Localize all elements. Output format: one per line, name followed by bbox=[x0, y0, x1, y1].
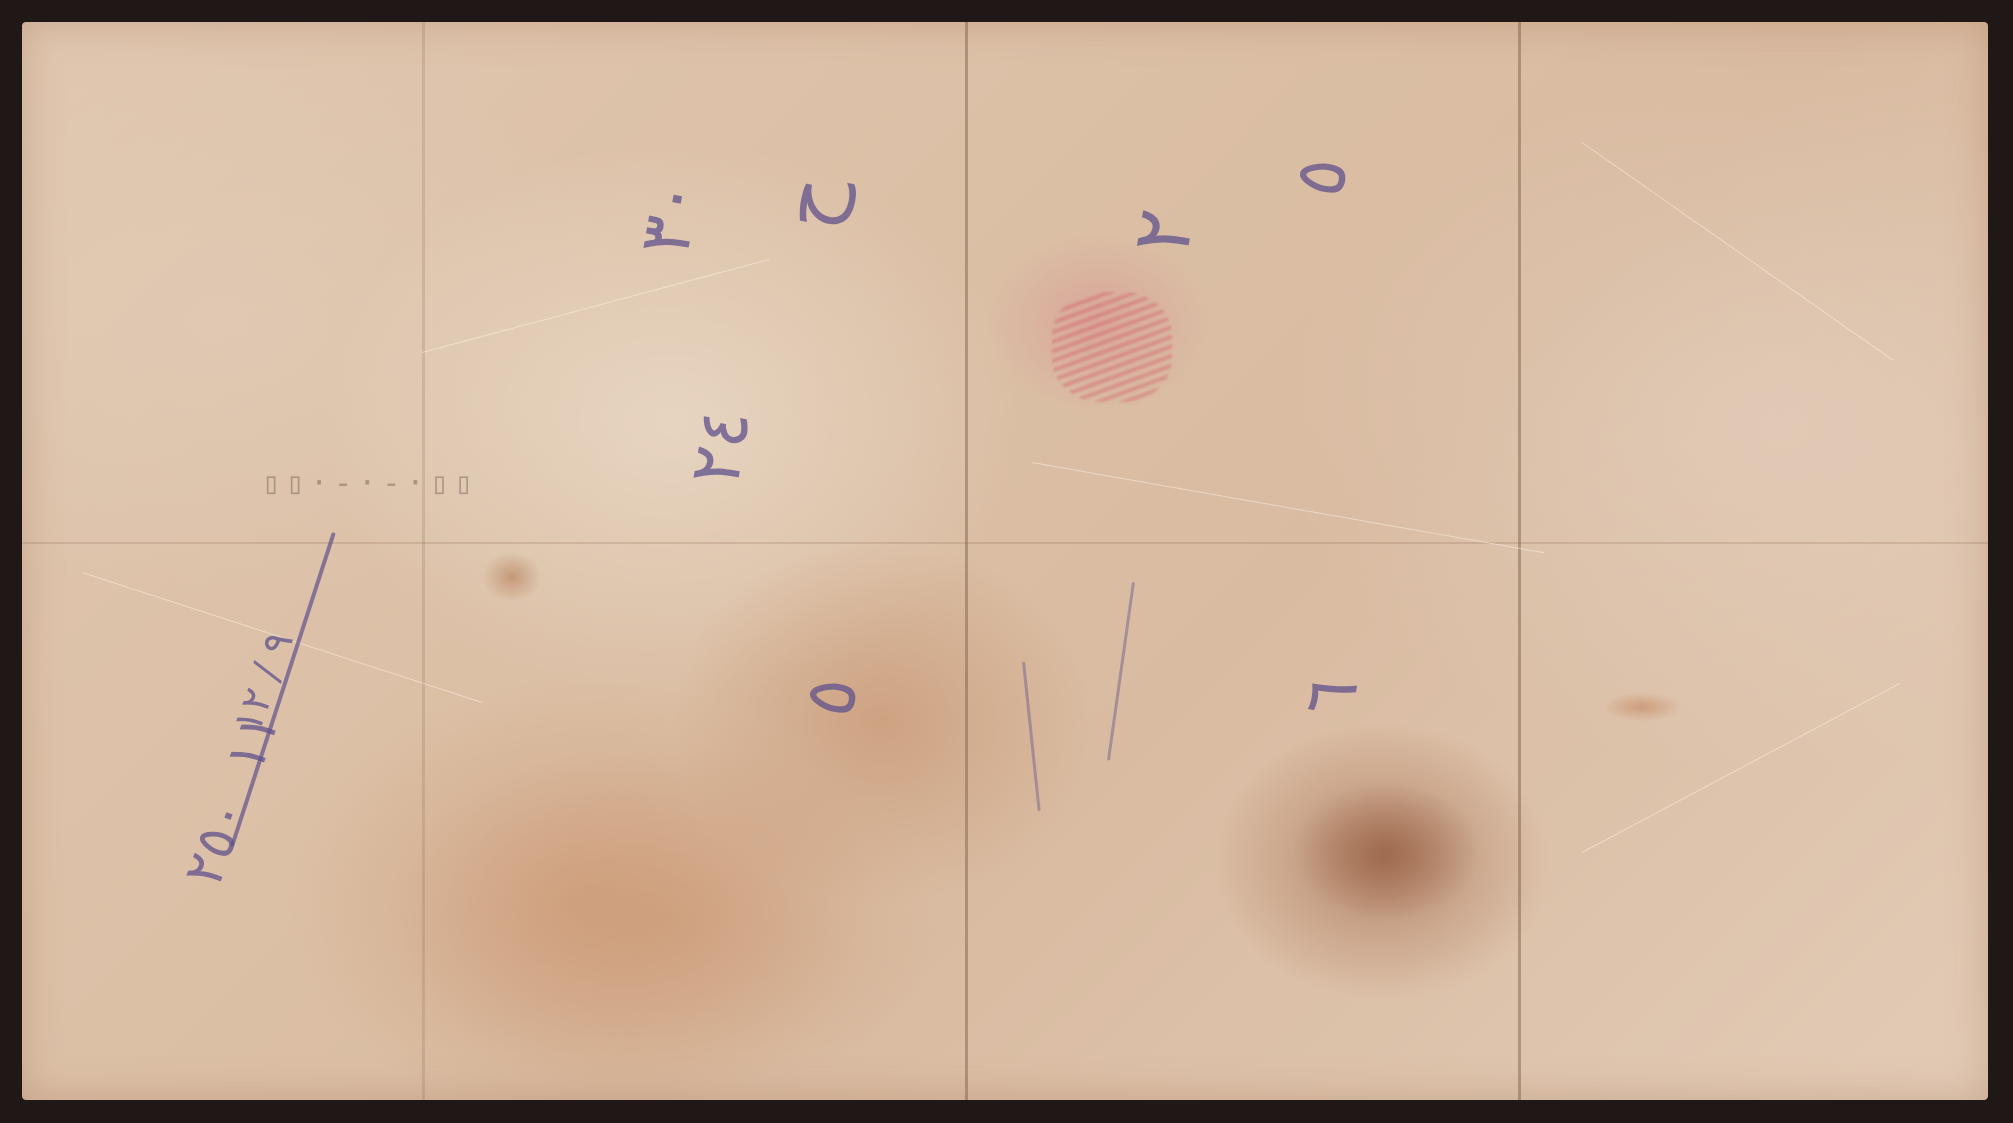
small-stain bbox=[482, 552, 542, 602]
handwriting-right-2: ٥ bbox=[1283, 152, 1358, 201]
fold-line-right bbox=[1518, 22, 1521, 1100]
handwriting-center-3: ٢٤ bbox=[679, 404, 761, 490]
fold-line-horizontal bbox=[22, 542, 1988, 544]
dark-stain bbox=[1292, 782, 1482, 922]
pencil-mark bbox=[1022, 662, 1041, 811]
handwriting-center-4: ٥ bbox=[793, 672, 868, 721]
handwriting-left-fraction: ٩ / ١٢ bbox=[227, 627, 300, 738]
fold-line-center bbox=[965, 22, 968, 1100]
handwriting-right-3: ٦ bbox=[1293, 672, 1368, 721]
small-stain bbox=[1602, 692, 1682, 722]
handwriting-left: ١١ ٢٥٠ bbox=[176, 705, 288, 892]
crease bbox=[1582, 142, 1894, 361]
handwriting-center-2: ح bbox=[764, 170, 852, 235]
serial-number: ▯▯·-·-·▯▯ bbox=[262, 466, 479, 501]
banknote: ▯▯·-·-·▯▯ ١١ ٢٥٠ ٩ / ١٢ ٣٠ ح ٢٤ ٥ ٢ ٥ ٦ bbox=[22, 22, 1988, 1100]
water-stain bbox=[382, 742, 942, 1102]
handwriting-right-1: ٢ bbox=[1120, 204, 1206, 260]
handwriting-center-1: ٣٠ bbox=[629, 174, 711, 260]
crease bbox=[422, 259, 770, 353]
crease bbox=[1032, 462, 1544, 553]
pencil-mark bbox=[1107, 582, 1135, 761]
red-stamp bbox=[1052, 292, 1172, 402]
